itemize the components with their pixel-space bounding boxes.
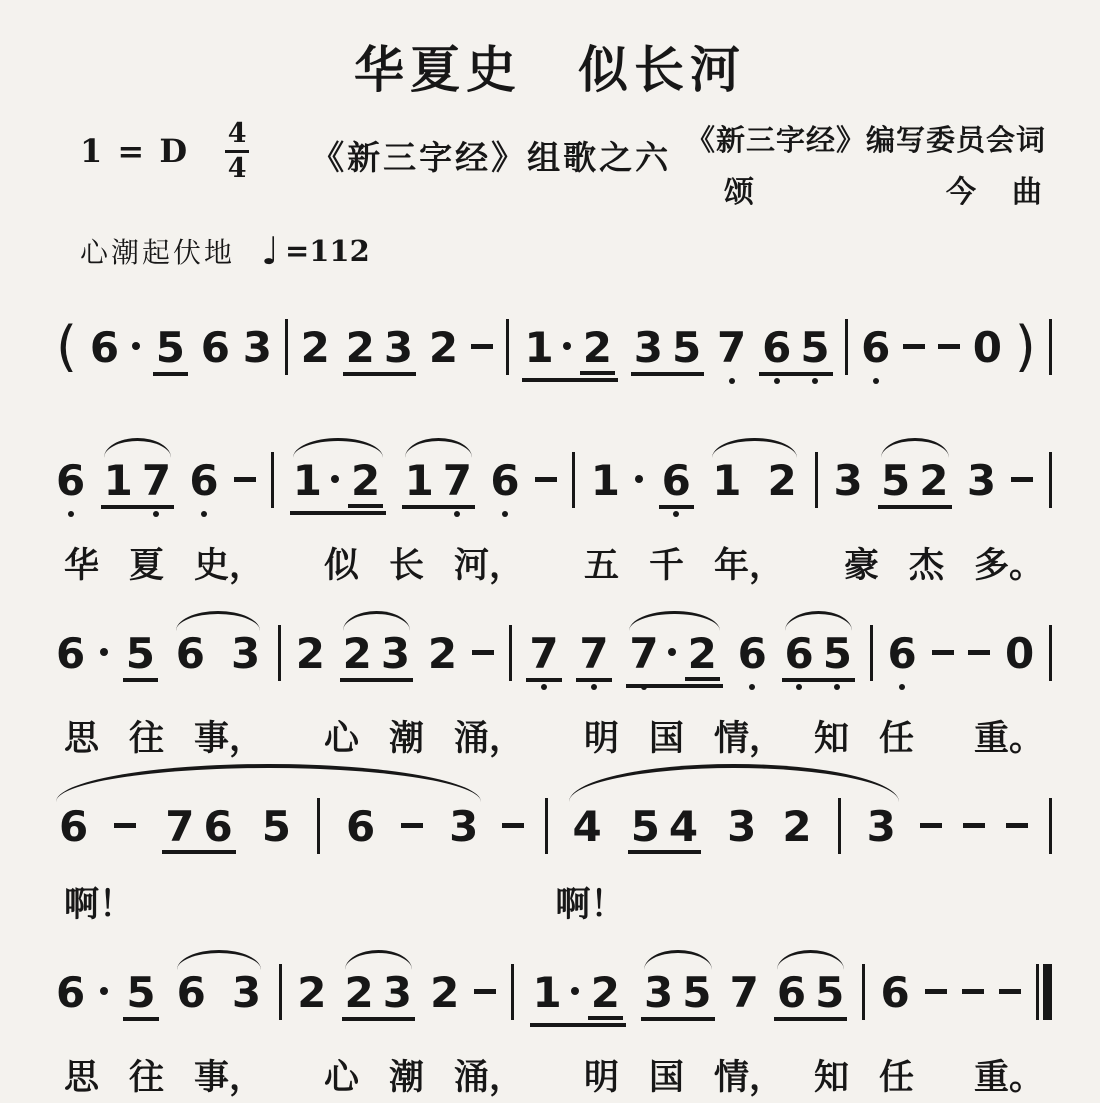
note: 4 <box>572 806 601 848</box>
note-group: 63 <box>173 633 263 675</box>
low-octave-dot <box>774 378 780 384</box>
note: 6 <box>201 327 230 369</box>
augmentation-dot <box>635 475 643 483</box>
series-title: 《新三字经》组歌之六 <box>311 132 671 179</box>
beam-group: 23 <box>343 327 416 376</box>
quarter-note-icon: ♩ <box>261 232 279 270</box>
note: 5 <box>126 633 155 675</box>
dash-note-extension <box>1006 823 1028 828</box>
lyric-syllable: 多。 <box>974 545 1044 587</box>
slur <box>405 438 472 458</box>
barline <box>870 625 873 681</box>
note: 3 <box>833 460 862 502</box>
note: 3 <box>384 327 413 369</box>
note: 7 <box>165 806 194 848</box>
lyric-syllable: 情， <box>714 718 784 760</box>
note: 1 <box>104 460 133 502</box>
note: 5 <box>126 972 155 1014</box>
sheet-music-page: 华夏史 似长河 1 = D 4 4 《新三字经》组歌之六 《新三字经》编写委员会… <box>0 0 1100 1103</box>
lyric-phrase: 重。 <box>974 718 1044 760</box>
slur <box>785 611 852 631</box>
lyricist-credit: 《新三字经》编写委员会词 <box>686 118 1054 159</box>
barline <box>1049 452 1052 508</box>
slur <box>881 438 948 458</box>
slur <box>56 764 481 802</box>
augmentation-dot <box>100 648 108 656</box>
low-octave-dot <box>68 511 74 517</box>
beam-group: 65 <box>774 972 847 1021</box>
beam-group: 5 <box>123 633 158 682</box>
note-group: 454323 <box>569 806 898 854</box>
composer-given-name: 今 <box>946 167 976 211</box>
augmentation-dot <box>132 342 140 350</box>
note: 6 <box>490 460 519 502</box>
tempo-marking: 心潮起伏地 ♩ =112 <box>0 231 1100 271</box>
note: 5 <box>631 806 660 848</box>
note: 6 <box>880 972 909 1014</box>
final-barline-thick <box>1043 964 1052 1020</box>
meta-row: 1 = D 4 4 《新三字经》组歌之六 《新三字经》编写委员会词 颂 今 曲 <box>0 118 1100 211</box>
note: 5 <box>823 633 852 675</box>
note: 3 <box>644 972 673 1014</box>
slur <box>343 611 410 631</box>
dash-note-extension <box>962 989 984 994</box>
low-octave-dot <box>834 684 840 690</box>
lyric-syllable: 年， <box>714 545 784 587</box>
note: 2 <box>782 806 811 848</box>
open-paren: ( <box>56 320 77 374</box>
lyric-syllable: 国 <box>649 1057 684 1099</box>
lyric-phrase: 重。 <box>974 1057 1044 1099</box>
low-octave-dot <box>899 684 905 690</box>
final-barline <box>1036 964 1052 1020</box>
barline <box>1049 625 1052 681</box>
system-line-5: 6563223212357656思往事，心潮涌，明国情，知任重。 <box>56 930 1052 1099</box>
note: 6 <box>762 327 791 369</box>
composer-credit: 颂 今 曲 <box>686 159 1054 211</box>
note: 2 <box>296 633 325 675</box>
note: 7 <box>142 460 171 502</box>
notes-row: 676563454323 <box>56 764 1052 874</box>
dash-note-extension <box>999 989 1021 994</box>
note: 1 <box>525 327 554 369</box>
barline <box>279 964 282 1020</box>
augmentation-dot <box>563 342 571 350</box>
close-paren: ) <box>1015 320 1036 374</box>
lyrics-row: 思往事，心潮涌，明国情，知任重。 <box>56 1057 1052 1099</box>
notes-row: 6563223212357656 <box>56 930 1052 1047</box>
dash-note-extension <box>474 989 496 994</box>
note: 6 <box>189 460 218 502</box>
lyric-syllable: 思 <box>64 718 99 760</box>
lyric-syllable: 似 <box>324 545 359 587</box>
low-octave-dot <box>812 378 818 384</box>
lyric-syllable: 重。 <box>974 1057 1044 1099</box>
note: 2 <box>297 972 326 1014</box>
lyrics-row: 华夏史，似长河，五千年，豪杰多。 <box>56 545 1052 587</box>
dash-note-extension <box>903 344 925 349</box>
note: 5 <box>262 806 291 848</box>
note: 5 <box>672 327 701 369</box>
note: 2 <box>345 972 374 1014</box>
credits-block: 《新三字经》编写委员会词 颂 今 曲 <box>686 118 1054 211</box>
note: 2 <box>429 327 458 369</box>
lyric-syllable: 明 <box>584 718 619 760</box>
time-signature-numerator: 4 <box>228 120 247 148</box>
time-signature-denominator: 4 <box>228 155 247 183</box>
beam-group: 72 <box>626 633 722 688</box>
beam-group: 17 <box>402 460 475 509</box>
lyric-syllable: 思 <box>64 1057 99 1099</box>
note: 3 <box>231 633 260 675</box>
note: 3 <box>727 806 756 848</box>
lyric-phrase: 似长河， <box>324 545 524 587</box>
slur <box>569 764 898 802</box>
lyric-syllable: 史， <box>194 545 264 587</box>
beam-group: 6 <box>659 460 694 509</box>
lyric-syllable: 豪 <box>844 545 879 587</box>
lyric-syllable: 长 <box>389 545 424 587</box>
note: 6 <box>90 327 119 369</box>
barline <box>838 798 841 854</box>
beam-group: 2 <box>580 327 615 375</box>
beam-group: 35 <box>631 327 704 376</box>
note: 1 <box>712 460 741 502</box>
note-group: 12 <box>709 460 799 502</box>
note: 7 <box>629 633 658 675</box>
key-signature: 1 = D <box>80 132 189 170</box>
note: 6 <box>738 633 767 675</box>
dash-note-extension <box>1011 477 1033 482</box>
barline <box>317 798 320 854</box>
notes-row: 65632232777266560 <box>56 591 1052 708</box>
note-group: 63 <box>174 972 264 1014</box>
note: 6 <box>662 460 691 502</box>
lyric-phrase: 豪杰多。 <box>844 545 1044 587</box>
lyric-syllable: 任 <box>879 718 914 760</box>
note: 6 <box>888 633 917 675</box>
barline <box>1049 319 1052 375</box>
lyric-phrase: 啊！ <box>64 884 134 926</box>
barline <box>572 452 575 508</box>
low-octave-dot <box>153 511 159 517</box>
slur <box>177 950 261 970</box>
note: 5 <box>682 972 711 1014</box>
beam-group: 12 <box>522 327 618 382</box>
low-octave-dot <box>201 511 207 517</box>
note: 1 <box>533 972 562 1014</box>
augmentation-dot <box>571 987 579 995</box>
system-line-2: 61761217616123523华夏史，似长河，五千年，豪杰多。 <box>56 418 1052 587</box>
dash-note-extension <box>535 477 557 482</box>
system-line-4: 676563454323啊！啊！ <box>56 764 1052 926</box>
dash-note-extension <box>925 989 947 994</box>
note: 3 <box>383 972 412 1014</box>
dash-note-extension <box>502 823 524 828</box>
lyric-phrase: 华夏史， <box>64 545 264 587</box>
beam-group: 12 <box>530 972 626 1027</box>
barline <box>271 452 274 508</box>
note: 2 <box>346 327 375 369</box>
beam-group: 5 <box>153 327 188 376</box>
note: 2 <box>591 972 620 1014</box>
note: 2 <box>767 460 796 502</box>
note: 1 <box>293 460 322 502</box>
beam-group: 17 <box>101 460 174 509</box>
beam-group: 23 <box>342 972 415 1021</box>
lyric-syllable: 潮 <box>389 1057 424 1099</box>
score: (65632232123576560)61761217616123523华夏史，… <box>0 285 1100 1099</box>
low-octave-dot <box>796 684 802 690</box>
lyric-phrase: 心潮涌， <box>324 1057 524 1099</box>
lyrics-row: 啊！啊！ <box>56 884 1052 926</box>
slur <box>104 438 171 458</box>
lyric-phrase: 五千年， <box>584 545 784 587</box>
notes-row: 61761217616123523 <box>56 418 1052 535</box>
note: 5 <box>815 972 844 1014</box>
composer-surname: 颂 <box>724 167 754 211</box>
system-line-3: 65632232777266560思往事，心潮涌，明国情，知任重。 <box>56 591 1052 760</box>
beam-group: 35 <box>641 972 714 1021</box>
beam-group: 65 <box>782 633 855 682</box>
tempo-value: =112 <box>285 234 370 268</box>
beam-group: 23 <box>340 633 413 682</box>
note: 3 <box>243 327 272 369</box>
note: 2 <box>343 633 372 675</box>
dash-note-extension <box>471 344 493 349</box>
note: 2 <box>428 633 457 675</box>
final-barline-thin <box>1036 964 1039 1020</box>
barline <box>815 452 818 508</box>
lyric-syllable: 事， <box>194 718 264 760</box>
beam-group: 65 <box>759 327 832 376</box>
slur <box>644 950 711 970</box>
lyric-syllable: 往 <box>129 1057 164 1099</box>
note: 6 <box>56 633 85 675</box>
barline <box>862 964 865 1020</box>
note: 2 <box>688 633 717 675</box>
note: 3 <box>634 327 663 369</box>
note: 6 <box>177 972 206 1014</box>
dash-note-extension <box>114 823 136 828</box>
lyric-syllable: 国 <box>649 718 684 760</box>
note: 6 <box>56 460 85 502</box>
notes-row: (65632232123576560) <box>56 285 1052 402</box>
low-octave-dot <box>641 684 647 690</box>
lyric-syllable: 重。 <box>974 718 1044 760</box>
barline <box>545 798 548 854</box>
note: 7 <box>730 972 759 1014</box>
lyric-syllable: 心 <box>324 1057 359 1099</box>
tempo-expression: 心潮起伏地 <box>80 231 235 271</box>
lyric-phrase: 啊！ <box>555 884 625 926</box>
beam-group: 76 <box>162 806 235 854</box>
lyric-syllable: 涌， <box>454 1057 524 1099</box>
note: 7 <box>579 633 608 675</box>
dash-note-extension <box>932 650 954 655</box>
note: 6 <box>346 806 375 848</box>
lyric-syllable: 心 <box>324 718 359 760</box>
note: 7 <box>529 633 558 675</box>
barline <box>506 319 509 375</box>
note: 2 <box>301 327 330 369</box>
dash-note-extension <box>968 650 990 655</box>
note: 6 <box>56 972 85 1014</box>
lyric-syllable: 啊！ <box>64 884 134 926</box>
lyric-syllable: 事， <box>194 1057 264 1099</box>
note-group: 676563 <box>56 806 481 854</box>
lyric-phrase: 思往事， <box>64 1057 264 1099</box>
lyric-syllable: 五 <box>584 545 619 587</box>
low-octave-dot <box>454 511 460 517</box>
lyric-syllable: 河， <box>454 545 524 587</box>
augmentation-dot <box>668 648 676 656</box>
note: 2 <box>430 972 459 1014</box>
beam-group: 52 <box>878 460 951 509</box>
lyric-phrase: 明国情，知任 <box>584 1057 914 1099</box>
barline <box>1049 798 1052 854</box>
lyric-syllable: 往 <box>129 718 164 760</box>
beam-group: 7 <box>526 633 561 682</box>
system-line-1: (65632232123576560) <box>56 285 1052 402</box>
slur <box>777 950 844 970</box>
note: 2 <box>583 327 612 369</box>
barline <box>278 625 281 681</box>
barline <box>511 964 514 1020</box>
note: 3 <box>967 460 996 502</box>
lyric-syllable: 明 <box>584 1057 619 1099</box>
lyric-syllable: 华 <box>64 545 99 587</box>
note: 1 <box>591 460 620 502</box>
note: 2 <box>351 460 380 502</box>
lyric-phrase: 思往事， <box>64 718 264 760</box>
low-octave-dot <box>502 511 508 517</box>
lyric-phrase: 心潮涌， <box>324 718 524 760</box>
slur <box>712 438 796 458</box>
slur <box>176 611 260 631</box>
dash-note-extension <box>401 823 423 828</box>
note: 4 <box>669 806 698 848</box>
lyric-syllable: 知 <box>814 1057 849 1099</box>
beam-group: 5 <box>123 972 158 1021</box>
note: 6 <box>203 806 232 848</box>
barline <box>845 319 848 375</box>
lyric-phrase: 明国情，知任 <box>584 718 914 760</box>
note: 3 <box>449 806 478 848</box>
low-octave-dot <box>873 378 879 384</box>
song-title: 华夏史 似长河 <box>0 0 1100 102</box>
beam-group: 54 <box>628 806 701 854</box>
note: 6 <box>785 633 814 675</box>
dash-note-extension <box>920 823 942 828</box>
lyric-syllable: 知 <box>814 718 849 760</box>
low-octave-dot <box>729 378 735 384</box>
rest-note: 0 <box>973 327 1002 369</box>
note: 5 <box>800 327 829 369</box>
note: 7 <box>717 327 746 369</box>
note: 5 <box>881 460 910 502</box>
note: 6 <box>777 972 806 1014</box>
lyric-syllable: 啊！ <box>555 884 625 926</box>
lyric-syllable: 情， <box>714 1057 784 1099</box>
rest-note: 0 <box>1005 633 1034 675</box>
note: 3 <box>232 972 261 1014</box>
beam-group: 2 <box>588 972 623 1020</box>
note: 7 <box>443 460 472 502</box>
lyric-syllable: 任 <box>879 1057 914 1099</box>
augmentation-dot <box>100 987 108 995</box>
dash-note-extension <box>938 344 960 349</box>
slur <box>293 438 383 458</box>
slur <box>629 611 719 631</box>
beam-group: 7 <box>576 633 611 682</box>
slur <box>345 950 412 970</box>
lyric-syllable: 涌， <box>454 718 524 760</box>
note: 6 <box>861 327 890 369</box>
note: 6 <box>176 633 205 675</box>
low-octave-dot <box>749 684 755 690</box>
beam-group: 2 <box>348 460 383 508</box>
note: 2 <box>919 460 948 502</box>
dash-note-extension <box>234 477 256 482</box>
composer-role: 曲 <box>1012 167 1042 211</box>
low-octave-dot <box>673 511 679 517</box>
lyric-syllable: 千 <box>649 545 684 587</box>
low-octave-dot <box>591 684 597 690</box>
beam-group: 12 <box>290 460 386 515</box>
note: 3 <box>867 806 896 848</box>
note: 6 <box>59 806 88 848</box>
lyric-syllable: 潮 <box>389 718 424 760</box>
lyrics-row: 思往事，心潮涌，明国情，知任重。 <box>56 718 1052 760</box>
augmentation-dot <box>331 475 339 483</box>
note: 1 <box>405 460 434 502</box>
low-octave-dot <box>541 684 547 690</box>
barline <box>285 319 288 375</box>
barline <box>509 625 512 681</box>
beam-group: 2 <box>685 633 720 681</box>
lyric-syllable: 夏 <box>129 545 164 587</box>
dash-note-extension <box>963 823 985 828</box>
note: 5 <box>156 327 185 369</box>
note: 3 <box>381 633 410 675</box>
dash-note-extension <box>472 650 494 655</box>
lyric-syllable: 杰 <box>909 545 944 587</box>
time-signature: 4 4 <box>225 120 249 184</box>
